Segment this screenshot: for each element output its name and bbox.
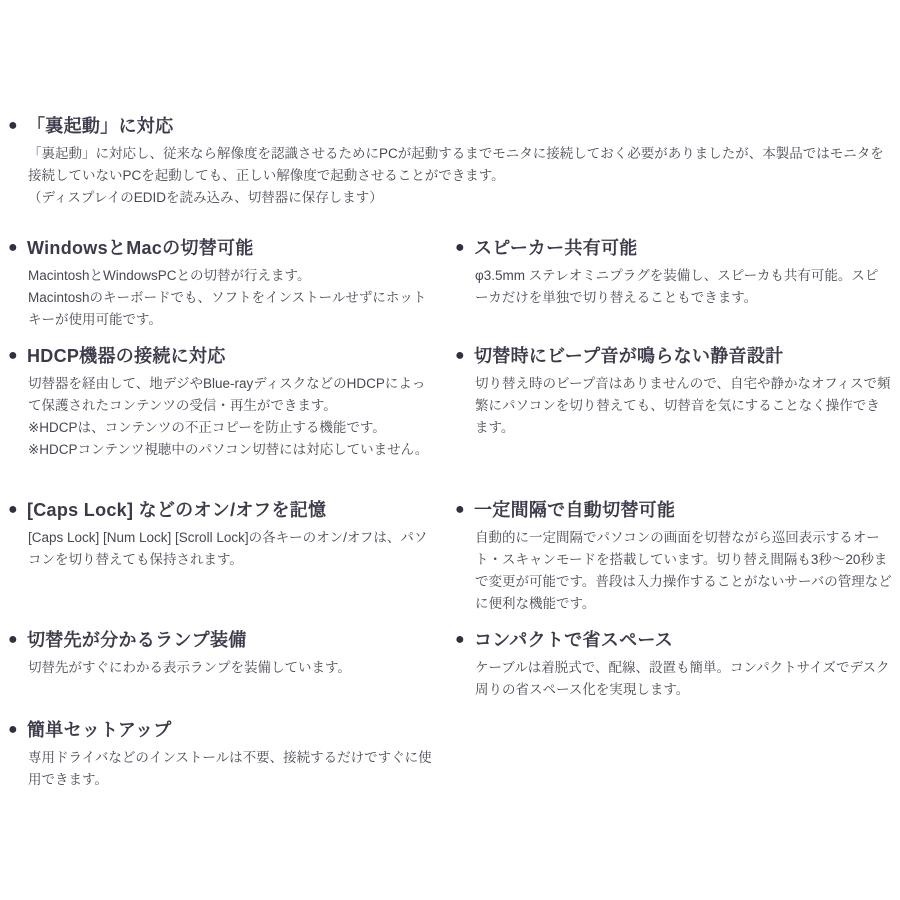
feature-heading: 切替時にビープ音が鳴らない静音設計 <box>474 344 783 368</box>
feature-body-paragraph: 切替器を経由して、地デジやBlue-rayディスクなどのHDCPによって保護され… <box>28 373 438 417</box>
feature-body: ケーブルは着脱式で、配線、設置も簡単。コンパクトサイズでデスク周りの省スペース化… <box>475 657 893 701</box>
feature-heading-row: ● WindowsとMacの切替可能 <box>8 236 438 260</box>
bullet-icon: ● <box>8 240 18 256</box>
feature-heading: 「裏起動」に対応 <box>27 114 173 138</box>
feature-body-paragraph: 「裏起動」に対応し、従来なら解像度を認識させるためにPCが起動するまでモニタに接… <box>28 143 886 187</box>
feature-section-ura-kidou: ● 「裏起動」に対応 「裏起動」に対応し、従来なら解像度を認識させるためにPCが… <box>8 114 886 209</box>
page: { "page": { "background": "#ffffff", "he… <box>0 0 900 900</box>
bullet-icon: ● <box>455 240 465 256</box>
feature-body-paragraph: ※HDCPは、コンテンツの不正コピーを防止する機能です。 <box>28 417 438 439</box>
feature-section-setup: ● 簡単セットアップ 専用ドライバなどのインストールは不要、接続するだけですぐに… <box>8 718 438 791</box>
feature-body-paragraph: ケーブルは着脱式で、配線、設置も簡単。コンパクトサイズでデスク周りの省スペース化… <box>475 657 893 701</box>
bullet-icon: ● <box>8 632 18 648</box>
bullet-icon: ● <box>8 502 18 518</box>
feature-heading: 簡単セットアップ <box>27 718 172 742</box>
feature-body-paragraph: Macintoshのキーボードでも、ソフトをインストールせずにホットキーが使用可… <box>28 287 430 331</box>
feature-body: φ3.5mm ステレオミニプラグを装備し、スピーカも共有可能。スピーカだけを単独… <box>475 265 890 309</box>
feature-section-silent: ● 切替時にビープ音が鳴らない静音設計 切り替え時のビープ音はありませんので、自… <box>455 344 895 439</box>
bullet-icon: ● <box>8 722 18 738</box>
feature-body: 切替器を経由して、地デジやBlue-rayディスクなどのHDCPによって保護され… <box>28 373 438 461</box>
feature-heading-row: ● スピーカー共有可能 <box>455 236 895 260</box>
feature-heading: スピーカー共有可能 <box>474 236 638 260</box>
feature-heading: WindowsとMacの切替可能 <box>27 236 254 260</box>
feature-body-paragraph: ※HDCPコンテンツ視聴中のパソコン切替には対応していません。 <box>28 439 438 461</box>
feature-section-compact: ● コンパクトで省スペース ケーブルは着脱式で、配線、設置も簡単。コンパクトサイ… <box>455 628 895 701</box>
feature-body: [Caps Lock] [Num Lock] [Scroll Lock]の各キー… <box>28 527 430 571</box>
feature-body-paragraph: （ディスプレイのEDIDを読み込み、切替器に保存します） <box>28 187 886 209</box>
feature-heading-row: ● 一定間隔で自動切替可能 <box>455 498 895 522</box>
feature-body-paragraph: 切り替え時のビープ音はありませんので、自宅や静かなオフィスで頻繁にパソコンを切り… <box>475 373 893 439</box>
bullet-icon: ● <box>455 348 465 364</box>
feature-heading-row: ● [Caps Lock] などのオン/オフを記憶 <box>8 498 438 522</box>
feature-section-hdcp: ● HDCP機器の接続に対応 切替器を経由して、地デジやBlue-rayディスク… <box>8 344 438 461</box>
bullet-icon: ● <box>8 118 18 134</box>
feature-body-paragraph: 専用ドライバなどのインストールは不要、接続するだけですぐに使用できます。 <box>28 747 438 791</box>
bullet-icon: ● <box>8 348 18 364</box>
feature-body: 専用ドライバなどのインストールは不要、接続するだけですぐに使用できます。 <box>28 747 438 791</box>
feature-section-autoscan: ● 一定間隔で自動切替可能 自動的に一定間隔でパソコンの画面を切替ながら巡回表示… <box>455 498 895 615</box>
feature-body: MacintoshとWindowsPCとの切替が行えます。 Macintoshの… <box>28 265 430 331</box>
feature-heading: 切替先が分かるランプ装備 <box>27 628 247 652</box>
feature-section-capslock: ● [Caps Lock] などのオン/オフを記憶 [Caps Lock] [N… <box>8 498 438 571</box>
feature-heading: [Caps Lock] などのオン/オフを記憶 <box>27 498 326 522</box>
feature-heading-row: ● 切替先が分かるランプ装備 <box>8 628 438 652</box>
feature-section-speaker: ● スピーカー共有可能 φ3.5mm ステレオミニプラグを装備し、スピーカも共有… <box>455 236 895 309</box>
feature-body: 自動的に一定間隔でパソコンの画面を切替ながら巡回表示するオート・スキャンモードを… <box>475 527 893 615</box>
bullet-icon: ● <box>455 502 465 518</box>
feature-section-windows-mac: ● WindowsとMacの切替可能 MacintoshとWindowsPCとの… <box>8 236 438 331</box>
feature-heading-row: ● コンパクトで省スペース <box>455 628 895 652</box>
feature-body: 切り替え時のビープ音はありませんので、自宅や静かなオフィスで頻繁にパソコンを切り… <box>475 373 893 439</box>
feature-heading-row: ● 切替時にビープ音が鳴らない静音設計 <box>455 344 895 368</box>
feature-body-paragraph: [Caps Lock] [Num Lock] [Scroll Lock]の各キー… <box>28 527 430 571</box>
feature-body-paragraph: φ3.5mm ステレオミニプラグを装備し、スピーカも共有可能。スピーカだけを単独… <box>475 265 890 309</box>
feature-heading: 一定間隔で自動切替可能 <box>474 498 675 522</box>
feature-heading-row: ● 簡単セットアップ <box>8 718 438 742</box>
feature-body-paragraph: 自動的に一定間隔でパソコンの画面を切替ながら巡回表示するオート・スキャンモードを… <box>475 527 893 615</box>
feature-heading-row: ● 「裏起動」に対応 <box>8 114 886 138</box>
feature-heading-row: ● HDCP機器の接続に対応 <box>8 344 438 368</box>
feature-heading: HDCP機器の接続に対応 <box>27 344 226 368</box>
feature-body-paragraph: 切替先がすぐにわかる表示ランプを装備しています。 <box>28 657 438 679</box>
feature-body-paragraph: MacintoshとWindowsPCとの切替が行えます。 <box>28 265 430 287</box>
feature-body: 「裏起動」に対応し、従来なら解像度を認識させるためにPCが起動するまでモニタに接… <box>28 143 886 209</box>
bullet-icon: ● <box>455 632 465 648</box>
feature-body: 切替先がすぐにわかる表示ランプを装備しています。 <box>28 657 438 679</box>
feature-heading: コンパクトで省スペース <box>474 628 673 652</box>
feature-section-lamp: ● 切替先が分かるランプ装備 切替先がすぐにわかる表示ランプを装備しています。 <box>8 628 438 679</box>
